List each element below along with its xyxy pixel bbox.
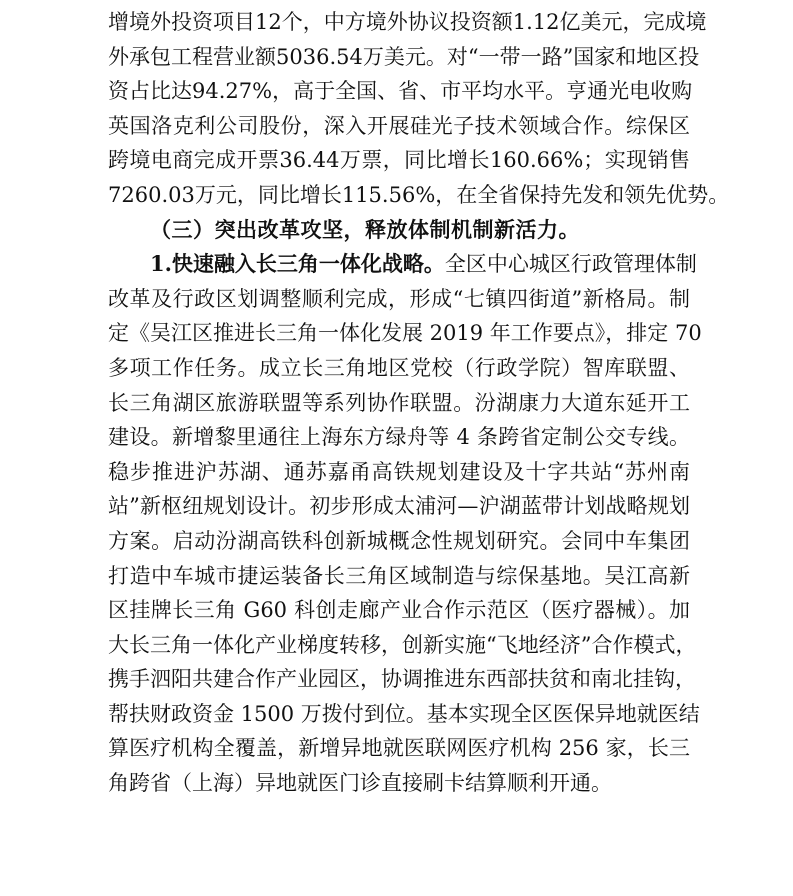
text-line: 携手泗阳共建合作产业园区，协调推进东西部扶贫和南北挂钩， — [108, 662, 690, 697]
text-line: 大长三角一体化产业梯度转移，创新实施“飞地经济”合作模式， — [108, 628, 690, 663]
text-line: 长三角湖区旅游联盟等系列协作联盟。汾湖康力大道东延开工 — [108, 386, 690, 421]
document-page: 增境外投资项目12个，中方境外协议投资额1.12亿美元，完成境 外承包工程营业额… — [108, 0, 690, 801]
text-line: 稳步推进沪苏湖、通苏嘉甬高铁规划建设及十字共站“苏州南 — [108, 455, 690, 490]
text-line: 7260.03万元，同比增长115.56%，在全省保持先发和领先优势。 — [108, 178, 690, 213]
text-line: 建设。新增黎里通往上海东方绿舟等 4 条跨省定制公交专线。 — [108, 420, 690, 455]
text-line: 改革及行政区划调整顺利完成，形成“七镇四街道”新格局。制 — [108, 282, 690, 317]
paragraph-yangtze-delta-integration: 1.快速融入长三角一体化战略。全区中心城区行政管理体制 改革及行政区划调整顺利完… — [108, 247, 690, 801]
text-line: 定《吴江区推进长三角一体化发展 2019 年工作要点》，排定 70 — [108, 316, 690, 351]
text-line: 资占比达94.27%，高于全国、省、市平均水平。亨通光电收购 — [108, 74, 690, 109]
text-line: 英国洛克利公司股份，深入开展硅光子技术领域合作。综保区 — [108, 109, 690, 144]
text-line: 算医疗机构全覆盖，新增异地就医联网医疗机构 256 家，长三 — [108, 731, 690, 766]
text-line: 增境外投资项目12个，中方境外协议投资额1.12亿美元，完成境 — [108, 0, 690, 40]
text-line: 跨境电商完成开票36.44万票，同比增长160.66%；实现销售 — [108, 143, 690, 178]
text-line: 方案。启动汾湖高铁科创新城概念性规划研究。会同中车集团 — [108, 524, 690, 559]
text-line-lead: 1.快速融入长三角一体化战略。全区中心城区行政管理体制 — [108, 247, 690, 282]
text-line: 帮扶财政资金 1500 万拨付到位。基本实现全区医保异地就医结 — [108, 697, 690, 732]
text-line: 站”新枢纽规划设计。初步形成太浦河—沪湖蓝带计划战略规划 — [108, 489, 690, 524]
text-line: 角跨省（上海）异地就医门诊直接刷卡结算顺利开通。 — [108, 766, 690, 801]
text-line: 外承包工程营业额5036.54万美元。对“一带一路”国家和地区投 — [108, 40, 690, 75]
text-line: 区挂牌长三角 G60 科创走廊产业合作示范区（医疗器械）。加 — [108, 593, 690, 628]
text-line: 多项工作任务。成立长三角地区党校（行政学院）智库联盟、 — [108, 351, 690, 386]
text-line: 打造中车城市捷运装备长三角区域制造与综保基地。吴江高新 — [108, 559, 690, 594]
paragraph-lead-rest: 全区中心城区行政管理体制 — [445, 252, 697, 276]
paragraph-lead-title: 1.快速融入长三角一体化战略。 — [150, 251, 445, 276]
paragraph-foreign-investment: 增境外投资项目12个，中方境外协议投资额1.12亿美元，完成境 外承包工程营业额… — [108, 0, 690, 213]
section-heading: （三）突出改革攻坚，释放体制机制新活力。 — [108, 213, 690, 248]
